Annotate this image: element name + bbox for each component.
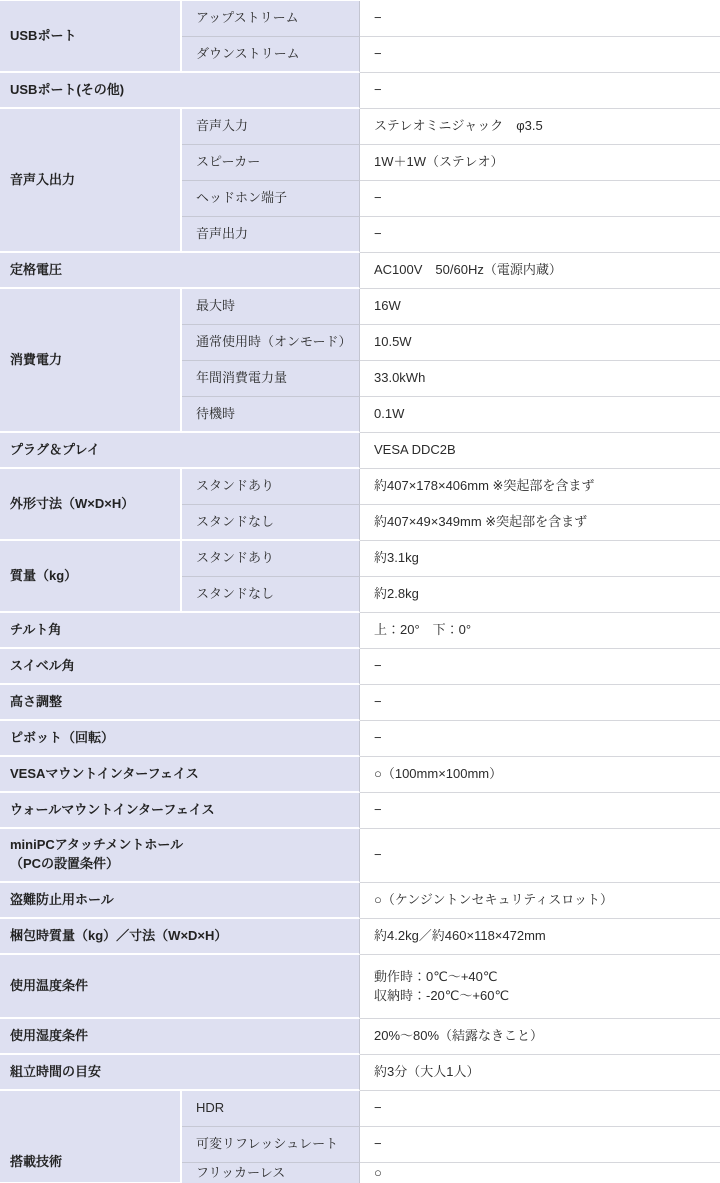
spec-value-cell: − xyxy=(360,1091,720,1127)
table-row: ウォールマウントインターフェイス − xyxy=(0,793,720,829)
spec-category-cell: 盗難防止用ホール xyxy=(0,883,360,919)
spec-value-cell: − xyxy=(360,1,720,37)
spec-value-cell: − xyxy=(360,829,720,883)
spec-value-cell: − xyxy=(360,73,720,109)
spec-subcategory-cell: スピーカー xyxy=(182,145,360,181)
spec-category-cell: 質量（kg） xyxy=(0,541,182,613)
table-row: 音声入出力 音声入力 ステレオミニジャック φ3.5 xyxy=(0,109,720,145)
spec-value-cell: 動作時：0℃～+40℃ 収納時：-20℃～+60℃ xyxy=(360,955,720,1019)
table-row: スイベル角 − xyxy=(0,649,720,685)
spec-value-cell: 10.5W xyxy=(360,325,720,361)
spec-subcategory-cell: アップストリーム xyxy=(182,1,360,37)
spec-subcategory-cell: ヘッドホン端子 xyxy=(182,181,360,217)
spec-subcategory-cell: HDR xyxy=(182,1091,360,1127)
spec-value-cell: 約4.2kg／約460×118×472mm xyxy=(360,919,720,955)
spec-category-cell: 外形寸法（W×D×H） xyxy=(0,469,182,541)
spec-category-cell: スイベル角 xyxy=(0,649,360,685)
spec-value-cell: 0.1W xyxy=(360,397,720,433)
table-row: 定格電圧 AC100V 50/60Hz（電源内蔵） xyxy=(0,253,720,289)
spec-subcategory-cell: 年間消費電力量 xyxy=(182,361,360,397)
table-row: ピボット（回転） − xyxy=(0,721,720,757)
spec-value-cell: 約407×49×349mm ※突起部を含まず xyxy=(360,505,720,541)
spec-value-cell: − xyxy=(360,37,720,73)
spec-value-cell: 33.0kWh xyxy=(360,361,720,397)
spec-category-cell: 高さ調整 xyxy=(0,685,360,721)
spec-value-cell: 約3分（大人1人） xyxy=(360,1055,720,1091)
spec-subcategory-cell: 音声入力 xyxy=(182,109,360,145)
spec-value-cell: ○（ケンジントンセキュリティスロット） xyxy=(360,883,720,919)
spec-category-cell: USBポート(その他) xyxy=(0,73,360,109)
spec-subcategory-cell: フリッカーレス xyxy=(182,1163,360,1183)
spec-value-cell: 16W xyxy=(360,289,720,325)
table-row: USBポート(その他) − xyxy=(0,73,720,109)
spec-subcategory-cell: スタンドあり xyxy=(182,469,360,505)
table-row: 質量（kg） スタンドあり 約3.1kg xyxy=(0,541,720,577)
spec-category-cell: miniPCアタッチメントホール （PCの設置条件） xyxy=(0,829,360,883)
spec-value-cell: 20%～80%（結露なきこと） xyxy=(360,1019,720,1055)
spec-value-cell: − xyxy=(360,685,720,721)
spec-category-cell: 組立時間の目安 xyxy=(0,1055,360,1091)
table-row: 搭載技術 HDR − xyxy=(0,1091,720,1127)
spec-value-cell: 約3.1kg xyxy=(360,541,720,577)
table-row: 使用温度条件 動作時：0℃～+40℃ 収納時：-20℃～+60℃ xyxy=(0,955,720,1019)
table-row: VESAマウントインターフェイス ○（100mm×100mm） xyxy=(0,757,720,793)
spec-subcategory-cell: スタンドあり xyxy=(182,541,360,577)
table-row: 梱包時質量（kg）／寸法（W×D×H） 約4.2kg／約460×118×472m… xyxy=(0,919,720,955)
spec-category-cell: チルト角 xyxy=(0,613,360,649)
spec-subcategory-cell: 音声出力 xyxy=(182,217,360,253)
spec-category-cell: 搭載技術 xyxy=(0,1091,182,1183)
spec-value-cell: − xyxy=(360,793,720,829)
spec-subcategory-cell: スタンドなし xyxy=(182,577,360,613)
table-row: miniPCアタッチメントホール （PCの設置条件） − xyxy=(0,829,720,883)
spec-value-cell: 上：20° 下：0° xyxy=(360,613,720,649)
spec-category-cell: 梱包時質量（kg）／寸法（W×D×H） xyxy=(0,919,360,955)
table-row: USBポート アップストリーム − xyxy=(0,1,720,37)
spec-category-cell: 消費電力 xyxy=(0,289,182,433)
spec-category-cell: プラグ＆プレイ xyxy=(0,433,360,469)
table-row: 外形寸法（W×D×H） スタンドあり 約407×178×406mm ※突起部を含… xyxy=(0,469,720,505)
table-row: 消費電力 最大時 16W xyxy=(0,289,720,325)
spec-value-cell: VESA DDC2B xyxy=(360,433,720,469)
spec-value-cell: − xyxy=(360,1127,720,1163)
spec-category-cell: VESAマウントインターフェイス xyxy=(0,757,360,793)
spec-category-cell: ウォールマウントインターフェイス xyxy=(0,793,360,829)
spec-value-cell: ステレオミニジャック φ3.5 xyxy=(360,109,720,145)
spec-subcategory-cell: ダウンストリーム xyxy=(182,37,360,73)
table-row: チルト角 上：20° 下：0° xyxy=(0,613,720,649)
spec-category-cell: 定格電圧 xyxy=(0,253,360,289)
spec-value-cell: 約2.8kg xyxy=(360,577,720,613)
spec-value-cell: − xyxy=(360,217,720,253)
spec-value-cell: ○ xyxy=(360,1163,720,1183)
spec-value-cell: − xyxy=(360,721,720,757)
spec-value-cell: 約407×178×406mm ※突起部を含まず xyxy=(360,469,720,505)
spec-value-cell: AC100V 50/60Hz（電源内蔵） xyxy=(360,253,720,289)
table-row: 使用湿度条件 20%～80%（結露なきこと） xyxy=(0,1019,720,1055)
spec-subcategory-cell: 通常使用時（オンモード） xyxy=(182,325,360,361)
table-row: 盗難防止用ホール ○（ケンジントンセキュリティスロット） xyxy=(0,883,720,919)
spec-subcategory-cell: 待機時 xyxy=(182,397,360,433)
table-row: プラグ＆プレイ VESA DDC2B xyxy=(0,433,720,469)
spec-value-cell: ○（100mm×100mm） xyxy=(360,757,720,793)
spec-subcategory-cell: 最大時 xyxy=(182,289,360,325)
spec-value-cell: − xyxy=(360,649,720,685)
spec-subcategory-cell: 可変リフレッシュレート xyxy=(182,1127,360,1163)
spec-value-cell: 1W＋1W（ステレオ） xyxy=(360,145,720,181)
spec-category-cell: ピボット（回転） xyxy=(0,721,360,757)
spec-category-cell: 使用湿度条件 xyxy=(0,1019,360,1055)
spec-category-cell: 音声入出力 xyxy=(0,109,182,253)
spec-category-cell: USBポート xyxy=(0,1,182,73)
table-row: 高さ調整 − xyxy=(0,685,720,721)
spec-subcategory-cell: スタンドなし xyxy=(182,505,360,541)
spec-value-cell: − xyxy=(360,181,720,217)
spec-table: USBポート アップストリーム − ダウンストリーム − USBポート(その他)… xyxy=(0,0,720,1183)
spec-category-cell: 使用温度条件 xyxy=(0,955,360,1019)
table-row: 組立時間の目安 約3分（大人1人） xyxy=(0,1055,720,1091)
